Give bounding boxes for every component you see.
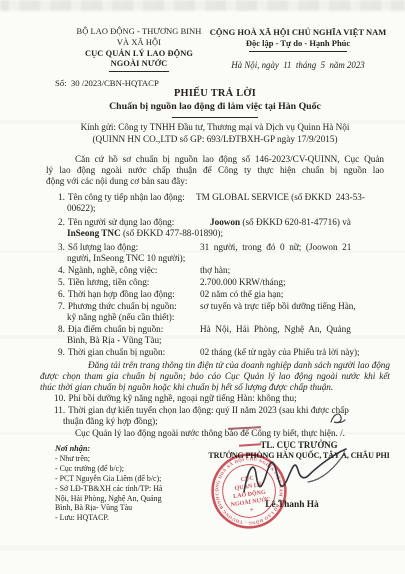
item-number: 11. — [54, 405, 68, 415]
scanned-document-page: { "document": { "colors": { "stamp_red":… — [0, 0, 405, 574]
text-run: Thời gian chuẩn bị nguồn: — [68, 347, 165, 357]
title-main: PHIẾU TRẢ LỜI — [46, 88, 384, 99]
date-line: Hà Nội, ngày 11 tháng 5 năm 2023 — [204, 60, 392, 71]
item-value: Joowon (số ĐKKD 620-81-47716) và — [210, 217, 351, 228]
list-line: 5.Tiền lương, tiền công:2.700.000 KRW/th… — [58, 277, 384, 288]
department-name-line: CỤC QUẢN LÝ LAO ĐỘNG — [53, 49, 225, 60]
document-body: Căn cứ hồ sơ chuẩn bị nguồn lao động số … — [46, 154, 384, 439]
list-line: 6.Thời hạn hợp đồng lao động:02 năm có t… — [58, 289, 384, 300]
closing-paragraph: Cục Quản lý lao động ngoài nước thông bá… — [46, 428, 384, 439]
list-line: 3.Số lượng lao động:31 người, trong đó 0… — [58, 242, 384, 253]
text-run: (số ĐKKD 477-88-01890); — [121, 228, 223, 238]
text-run: Bình, Bà Rịa - Vũng Tàu; — [67, 335, 162, 345]
text-run: 00622); — [67, 203, 96, 213]
items-list: 1.Tên công ty tiếp nhận lao động:TM GLOB… — [58, 192, 384, 358]
list-line: Bình, Bà Rịa - Vũng Tàu; — [58, 335, 384, 346]
item-value: 2.700.000 KRW/tháng; — [200, 277, 286, 288]
text-run: InSeong TNC — [67, 228, 121, 238]
list-item: 7.Phương thức chuẩn bị nguồn:sơ tuyển và… — [58, 301, 384, 323]
text-run: kỹ năng nghề (nếu cần thiết): — [67, 312, 174, 322]
text-run: Tên công ty tiếp nhận lao động: — [68, 192, 185, 202]
item-number: 8. — [58, 324, 68, 334]
item-number: 5. — [58, 277, 68, 287]
ministry-header: BỘ LAO ĐỘNG - THƯƠNG BINH VÀ XÃ HỘI CỤC … — [53, 27, 225, 72]
text-run: Phương thức chuẩn bị nguồn: — [68, 301, 177, 311]
item-number: 10. — [54, 393, 68, 403]
remark-line: Đăng tải trên trang thông tin điện tử củ… — [40, 360, 390, 371]
paragraph-line: động với các nội dung cơ bản sau đây: — [46, 176, 384, 187]
text-run: Tiền lương, tiền công: — [68, 277, 149, 287]
text-run: Hà Nội, Hải Phòng, Nghệ An, Quảng — [200, 324, 351, 334]
recipients-title: Nơi nhận: — [55, 444, 207, 454]
list-line: 7.Phương thức chuẩn bị nguồn:sơ tuyển và… — [58, 301, 384, 312]
list-line: người, InSeong TNC 10 người); — [58, 253, 384, 264]
ministry-name-line: BỘ LAO ĐỘNG - THƯƠNG BINH — [53, 27, 225, 38]
text-run: người, InSeong TNC 10 người); — [67, 253, 185, 263]
recipient-copy-line: - Sở LĐ-TB&XH các tỉnh/TP: Hà — [55, 484, 207, 494]
item-number: 6. — [58, 289, 68, 299]
department-name-line: NGOÀI NƯỚC — [53, 59, 225, 72]
text-run: Phí bồi dưỡng kỹ năng nghề, ngoại ngữ ti… — [68, 393, 296, 403]
list-item: 9.Thời gian chuẩn bị nguồn:02 tháng (kể … — [58, 347, 384, 358]
text-run: Ngành, nghề, công việc: — [68, 265, 158, 275]
item-number: 1. — [58, 192, 68, 202]
item-value: TM GLOBAL SERVICE (số ĐKKD 243-53- — [196, 192, 365, 203]
item-number: 2. — [58, 217, 68, 227]
list-line: 4.Ngành, nghề, công việc:thợ hàn; — [58, 265, 384, 276]
text-run: 02 năm có thể gia hạn; — [200, 289, 283, 299]
recipient-line: Kính gửi: Công ty TNHH Đầu tư, Thương mạ… — [46, 122, 384, 134]
remark-paragraph: Đăng tải trên trang thông tin điện tử củ… — [40, 360, 390, 393]
item-number: 3. — [58, 242, 68, 252]
text-run: thuận đăng ký hợp đồng); — [63, 416, 158, 426]
text-run: Địa điểm chuẩn bị nguồn: — [68, 324, 163, 334]
item-value: 02 năm có thể gia hạn; — [200, 289, 283, 300]
opening-paragraph: Căn cứ hồ sơ chuẩn bị nguồn lao động số … — [46, 154, 384, 187]
list-item: 2.Tên người sử dụng lao động:Joowon (số … — [58, 217, 384, 239]
item-number: 9. — [58, 347, 68, 357]
recipients-block: Nơi nhận: - Như trên;- Cục trưởng (để b/… — [55, 444, 207, 523]
text-run: (số ĐKKD 620-81-47716) và — [240, 217, 351, 227]
document-number: Số: 30 /2023/CBN-HQTACP — [55, 78, 159, 88]
list-line: 9.Thời gian chuẩn bị nguồn:02 tháng (kể … — [58, 347, 384, 358]
item-value: Hà Nội, Hải Phòng, Nghệ An, Quảng — [200, 324, 351, 335]
list-line: 8.Địa điểm chuẩn bị nguồn:Hà Nội, Hải Ph… — [58, 324, 384, 335]
text-run: 31 người, trong đó 0 nữ; (Joowon 21 — [200, 242, 351, 252]
recipient-copy-line: - Như trên; — [55, 454, 207, 464]
divider — [172, 117, 258, 118]
text-run: TM GLOBAL SERVICE (số ĐKKD 243-53- — [196, 192, 365, 202]
paragraph-line: Căn cứ hồ sơ chuẩn bị nguồn lao động số … — [46, 154, 384, 165]
item-number: 7. — [58, 301, 68, 311]
list-line: 00622); — [58, 203, 384, 214]
list-item: 3.Số lượng lao động:31 người, trong đó 0… — [58, 242, 384, 264]
signature-graphic — [238, 442, 353, 502]
recipient-copy-line: - Cục trưởng (để b/c); — [55, 464, 207, 474]
list-line: 1.Tên công ty tiếp nhận lao động:TM GLOB… — [58, 192, 384, 203]
divider — [249, 51, 347, 52]
national-motto-line: CỘNG HOÀ XÃ HỘI CHỦ NGHĨA VIỆT NAM — [204, 27, 392, 38]
text-run: thợ hàn; — [200, 265, 230, 275]
recipient-copy-line: - Lưu: HQTACP. — [55, 513, 207, 523]
ministry-name-line: VÀ XÃ HỘI — [53, 38, 225, 49]
list-item: 1.Tên công ty tiếp nhận lao động:TM GLOB… — [58, 192, 384, 214]
handwritten-initial — [328, 410, 348, 426]
national-motto-line: Độc lập - Tự do - Hạnh Phúc — [204, 38, 392, 49]
item-value: 31 người, trong đó 0 nữ; (Joowon 21 — [200, 242, 351, 253]
list-line: 10.Phí bồi dưỡng kỹ năng nghề, ngoại ngữ… — [54, 393, 384, 404]
list-line: kỹ năng nghề (nếu cần thiết): — [58, 312, 384, 323]
item-value: sơ tuyển và trực tiếp bồi dưỡng tiếng Hà… — [200, 301, 356, 312]
list-line: 2.Tên người sử dụng lao động:Joowon (số … — [58, 217, 384, 228]
recipient-copy-line: Bình, Bà Rịa- Vũng Tàu — [55, 503, 207, 513]
text-run: 02 tháng (kể từ ngày của Phiếu trả lời n… — [200, 347, 360, 357]
remark-line: thúc thời gian chuẩn bị nguồn hoặc khi c… — [40, 382, 390, 393]
list-item: 8.Địa điểm chuẩn bị nguồn:Hà Nội, Hải Ph… — [58, 324, 384, 346]
list-line: InSeong TNC (số ĐKKD 477-88-01890); — [58, 228, 384, 239]
list-item: 4.Ngành, nghề, công việc:thợ hàn; — [58, 265, 384, 276]
list-item: 6.Thời hạn hợp đồng lao động:02 năm có t… — [58, 289, 384, 300]
national-header: CỘNG HOÀ XÃ HỘI CHỦ NGHĨA VIỆT NAM Độc l… — [204, 27, 392, 70]
recipient-copy-line: - PCT Nguyễn Gia Liêm (để b/c); — [55, 474, 207, 484]
text-run: Thời hạn hợp đồng lao động: — [68, 289, 175, 299]
item-value: 02 tháng (kể từ ngày của Phiếu trả lời n… — [200, 347, 360, 358]
text-run: 2.700.000 KRW/tháng; — [200, 277, 286, 287]
item-number: 4. — [58, 265, 68, 275]
title-sub: Chuẩn bị nguồn lao động đi làm việc tại … — [46, 101, 384, 112]
signer-name: Lê Thanh Hà — [212, 500, 372, 510]
text-run: Tên người sử dụng lao động: — [68, 217, 174, 227]
recipient-block: Kính gửi: Công ty TNHH Đầu tư, Thương mạ… — [46, 122, 384, 145]
text-run: Thời gian dự kiến tuyển chọn lao động: q… — [68, 405, 349, 415]
text-run: sơ tuyển và trực tiếp bồi dưỡng tiếng Hà… — [200, 301, 356, 311]
recipient-line: (QUINN HN CO.,LTD số GP: 693/LĐTBXH-GP n… — [46, 134, 384, 146]
text-run: Joowon — [210, 217, 240, 227]
scan-streak — [0, 545, 405, 551]
paragraph-line: lý lao động ngoài nước chấp thuận để Côn… — [46, 165, 384, 176]
document-title: PHIẾU TRẢ LỜI Chuẩn bị nguồn lao động đi… — [46, 88, 384, 118]
text-run: Số lượng lao động: — [68, 242, 138, 252]
item-value: thợ hàn; — [200, 265, 230, 276]
remark-line: được chọn tham gia chuẩn bị nguồn; báo c… — [40, 371, 390, 382]
list-item: 5.Tiền lương, tiền công:2.700.000 KRW/th… — [58, 277, 384, 288]
list-item: 10.Phí bồi dưỡng kỹ năng nghề, ngoại ngữ… — [54, 393, 384, 404]
recipients-lines: - Như trên;- Cục trưởng (để b/c);- PCT N… — [55, 454, 207, 523]
closing-line: Cục Quản lý lao động ngoài nước thông bá… — [46, 428, 384, 439]
scan-noise-band — [0, 0, 405, 11]
recipient-copy-line: Nội, Hải Phòng, Nghệ An, Quảng — [55, 494, 207, 504]
